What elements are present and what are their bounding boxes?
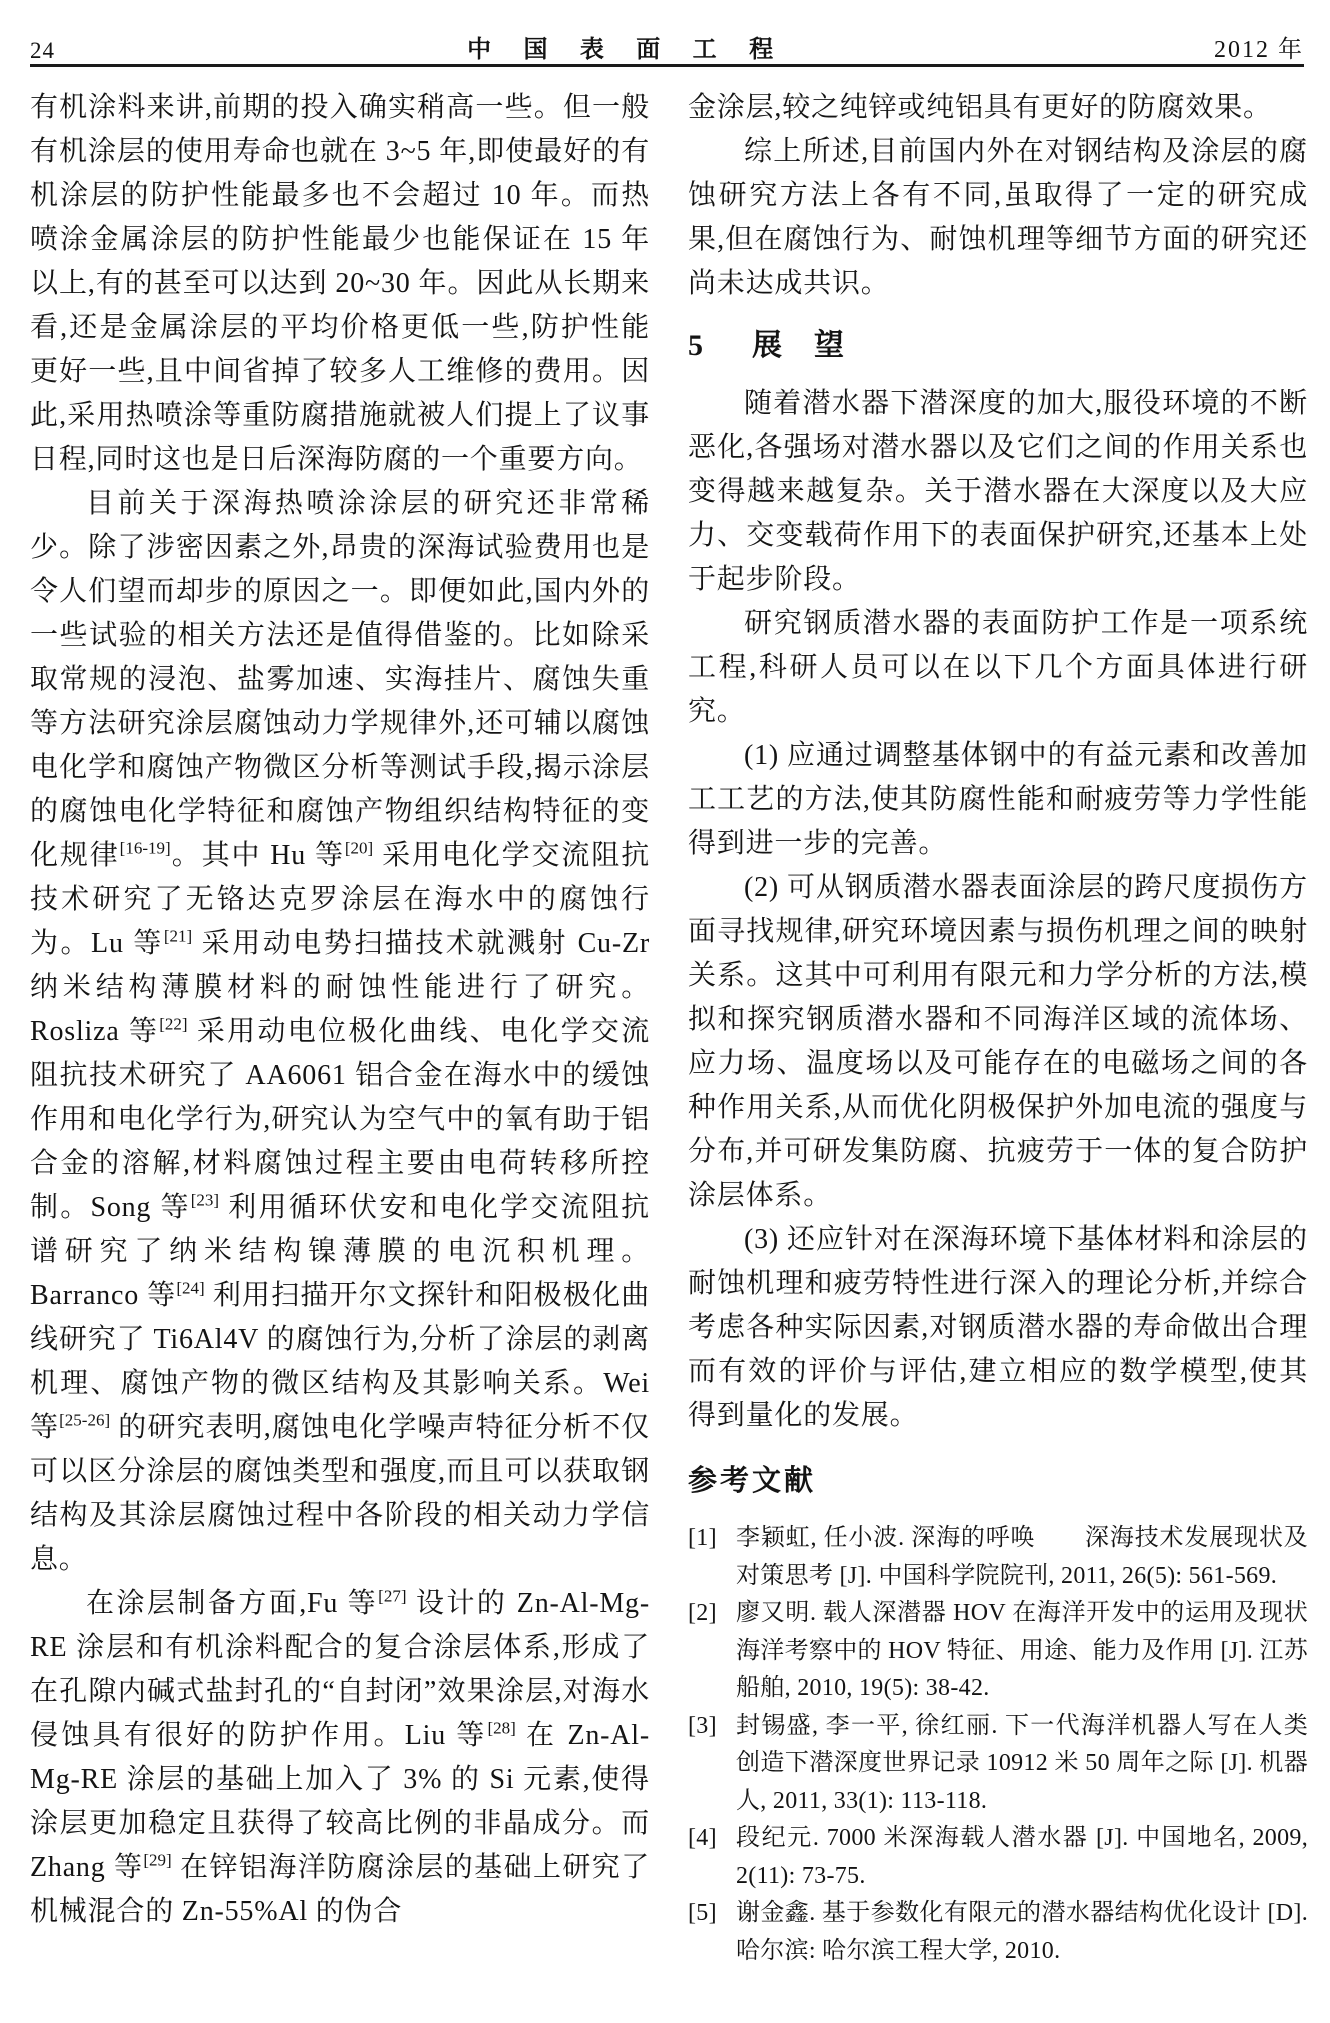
citation-superscript: [20] [345, 839, 373, 858]
citation-superscript: [27] [378, 1587, 406, 1606]
reference-text: 段纪元. 7000 米深海载人潜水器 [J]. 中国地名, 2009, 2(11… [736, 1825, 1308, 1889]
citation-superscript: [29] [143, 1851, 171, 1870]
citation-superscript: [23] [191, 1191, 219, 1210]
reference-label: [5] [688, 1895, 717, 1933]
reference-label: [4] [688, 1820, 717, 1858]
page-number: 24 [30, 38, 55, 64]
paragraph: 在涂层制备方面,Fu 等[27] 设计的 Zn-Al-Mg-RE 涂层和有机涂料… [30, 1582, 650, 1934]
paragraph: (3) 还应针对在深海环境下基体材料和涂层的耐蚀机理和疲劳特性进行深入的理论分析… [688, 1218, 1308, 1438]
reference-text: 李颖虹, 任小波. 深海的呼唤 深海技术发展现状及对策思考 [J]. 中国科学院… [736, 1525, 1308, 1589]
paragraph: 研究钢质潜水器的表面防护工作是一项系统工程,科研人员可以在以下几个方面具体进行研… [688, 602, 1308, 734]
right-column: 金涂层,较之纯锌或纯铝具有更好的防腐效果。综上所述,目前国内外在对钢结构及涂层的… [688, 86, 1308, 1970]
paragraph: (2) 可从钢质潜水器表面涂层的跨尺度损伤方面寻找规律,研究环境因素与损伤机理之… [688, 866, 1308, 1218]
citation-superscript: [16-19] [120, 839, 171, 858]
reference-item: [3]封锡盛, 李一平, 徐红丽. 下一代海洋机器人写在人类创造下潜深度世界记录… [688, 1708, 1308, 1821]
paragraph: 金涂层,较之纯锌或纯铝具有更好的防腐效果。 [688, 86, 1308, 130]
reference-label: [2] [688, 1595, 717, 1633]
citation-superscript: [28] [487, 1719, 515, 1738]
journal-title: 中国表面工程 [435, 29, 806, 64]
citation-superscript: [25-26] [59, 1411, 110, 1430]
paragraph: 综上所述,目前国内外在对钢结构及涂层的腐蚀研究方法上各有不同,虽取得了一定的研究… [688, 130, 1308, 306]
journal-page: 24 中国表面工程 2012 年 有机涂料来讲,前期的投入确实稍高一些。但一般有… [0, 0, 1330, 2023]
reference-item: [5]谢金鑫. 基于参数化有限元的潜水器结构优化设计 [D]. 哈尔滨: 哈尔滨… [688, 1895, 1308, 1970]
journal-year: 2012 年 [1214, 29, 1304, 64]
header-rule [30, 64, 1304, 67]
paragraph: 随着潜水器下潜深度的加大,服役环境的不断恶化,各强场对潜水器以及它们之间的作用关… [688, 382, 1308, 602]
references-heading: 参考文献 [688, 1462, 1308, 1500]
left-column: 有机涂料来讲,前期的投入确实稍高一些。但一般有机涂层的使用寿命也就在 3~5 年… [30, 86, 650, 1934]
reference-text: 封锡盛, 李一平, 徐红丽. 下一代海洋机器人写在人类创造下潜深度世界记录 10… [736, 1713, 1308, 1814]
section-heading: 5展 望 [688, 326, 1308, 366]
reference-label: [1] [688, 1520, 717, 1558]
reference-text: 谢金鑫. 基于参数化有限元的潜水器结构优化设计 [D]. 哈尔滨: 哈尔滨工程大… [736, 1900, 1308, 1964]
citation-superscript: [21] [164, 927, 192, 946]
paragraph: 目前关于深海热喷涂涂层的研究还非常稀少。除了涉密因素之外,昂贵的深海试验费用也是… [30, 482, 650, 1582]
citation-superscript: [22] [159, 1015, 187, 1034]
reference-text: 廖又明. 载人深潜器 HOV 在海洋开发中的运用及现状 海洋考察中的 HOV 特… [736, 1600, 1330, 1701]
paragraph: 有机涂料来讲,前期的投入确实稍高一些。但一般有机涂层的使用寿命也就在 3~5 年… [30, 86, 650, 482]
reference-label: [3] [688, 1708, 717, 1746]
running-head: 24 中国表面工程 2012 年 [30, 18, 1304, 64]
citation-superscript: [24] [176, 1279, 204, 1298]
section-title: 展 望 [752, 329, 845, 362]
reference-item: [2]廖又明. 载人深潜器 HOV 在海洋开发中的运用及现状 海洋考察中的 HO… [688, 1595, 1308, 1708]
reference-item: [1]李颖虹, 任小波. 深海的呼唤 深海技术发展现状及对策思考 [J]. 中国… [688, 1520, 1308, 1595]
reference-item: [4]段纪元. 7000 米深海载人潜水器 [J]. 中国地名, 2009, 2… [688, 1820, 1308, 1895]
paragraph: (1) 应通过调整基体钢中的有益元素和改善加工工艺的方法,使其防腐性能和耐疲劳等… [688, 734, 1308, 866]
section-number: 5 [688, 329, 704, 362]
